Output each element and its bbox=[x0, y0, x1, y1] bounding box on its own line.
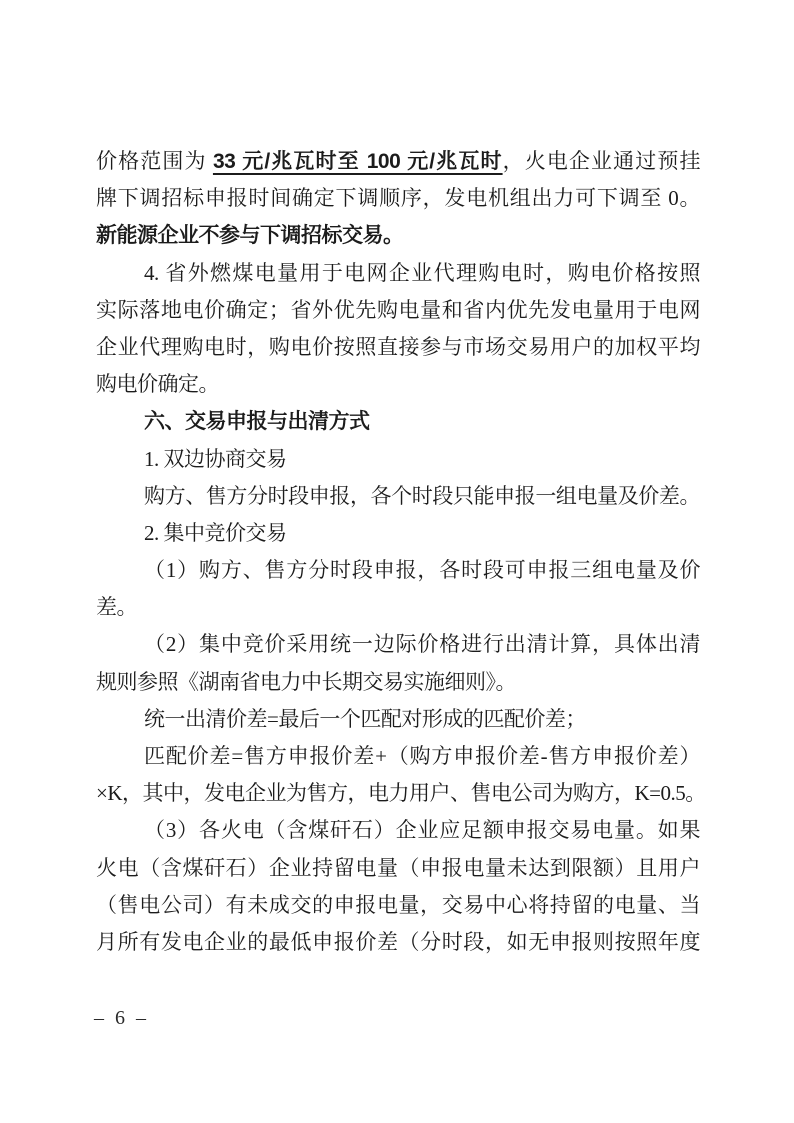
body-text: 规则参照《湖南省电力中长期交易实施细则》。 bbox=[96, 670, 516, 694]
body-text: 牌下调招标申报时间确定下调顺序，发电机组出力可下调至 0。 bbox=[96, 186, 700, 210]
text-line: （1）购方、售方分时段申报，各时段可申报三组电量及价 bbox=[96, 552, 700, 589]
document-body: 价格范围为 33 元/兆瓦时至 100 元/兆瓦时，火电企业通过预挂牌下调招标申… bbox=[96, 143, 700, 961]
text-line: 价格范围为 33 元/兆瓦时至 100 元/兆瓦时，火电企业通过预挂 bbox=[96, 143, 700, 180]
text-line: 匹配价差=售方申报价差+（购方申报价差-售方申报价差） bbox=[96, 738, 700, 775]
text-line: 购电价确定。 bbox=[96, 366, 700, 403]
body-text: 月所有发电企业的最低申报价差（分时段，如无申报则按照年度 bbox=[96, 930, 700, 954]
text-line: （2）集中竞价采用统一边际价格进行出清计算，具体出清 bbox=[96, 626, 700, 663]
body-text: 4. 省外燃煤电量用于电网企业代理购电时，购电价格按照 bbox=[144, 261, 700, 285]
text-line: 新能源企业不参与下调招标交易。 bbox=[96, 217, 700, 254]
body-text: （1）购方、售方分时段申报，各时段可申报三组电量及价 bbox=[144, 558, 700, 582]
body-text: （售电公司）有未成交的申报电量，交易中心将持留的电量、当 bbox=[96, 893, 700, 917]
text-line: 1. 双边协商交易 bbox=[96, 441, 700, 478]
body-text: ，火电企业通过预挂 bbox=[503, 149, 700, 173]
body-text: 实际落地电价确定；省外优先购电量和省内优先发电量用于电网 bbox=[96, 298, 700, 322]
body-text: 火电（含煤矸石）企业持留电量（申报电量未达到限额）且用户 bbox=[96, 856, 700, 880]
body-text: 匹配价差=售方申报价差+（购方申报价差-售方申报价差） bbox=[144, 744, 700, 768]
body-text: （3）各火电（含煤矸石）企业应足额申报交易电量。如果 bbox=[144, 818, 700, 842]
text-line: 企业代理购电时，购电价按照直接参与市场交易用户的加权平均 bbox=[96, 329, 700, 366]
text-line: ×K，其中，发电企业为售方，电力用户、售电公司为购方，K=0.5。 bbox=[96, 775, 700, 812]
emphasis-text: 33 元/兆瓦时至 100 元/兆瓦时 bbox=[213, 150, 503, 173]
text-line: 差。 bbox=[96, 589, 700, 626]
body-text: 企业代理购电时，购电价按照直接参与市场交易用户的加权平均 bbox=[96, 335, 700, 359]
emphasis-text: 新能源企业不参与下调招标交易。 bbox=[96, 224, 404, 247]
text-line: （售电公司）有未成交的申报电量，交易中心将持留的电量、当 bbox=[96, 887, 700, 924]
body-text: 1. 双边协商交易 bbox=[144, 447, 287, 471]
text-line: 2. 集中竞价交易 bbox=[96, 515, 700, 552]
body-text: 差。 bbox=[96, 595, 137, 619]
text-line: 月所有发电企业的最低申报价差（分时段，如无申报则按照年度 bbox=[96, 924, 700, 961]
text-line: 规则参照《湖南省电力中长期交易实施细则》。 bbox=[96, 664, 700, 701]
text-line: 牌下调招标申报时间确定下调顺序，发电机组出力可下调至 0。 bbox=[96, 180, 700, 217]
body-text: （2）集中竞价采用统一边际价格进行出清计算，具体出清 bbox=[144, 632, 700, 656]
body-text: 购方、售方分时段申报，各个时段只能申报一组电量及价差。 bbox=[144, 484, 700, 508]
document-page: 价格范围为 33 元/兆瓦时至 100 元/兆瓦时，火电企业通过预挂牌下调招标申… bbox=[0, 0, 794, 1123]
body-text: 2. 集中竞价交易 bbox=[144, 521, 287, 545]
body-text: 购电价确定。 bbox=[96, 372, 219, 396]
text-line: 实际落地电价确定；省外优先购电量和省内优先发电量用于电网 bbox=[96, 292, 700, 329]
page-number: – 6 – bbox=[94, 1004, 149, 1032]
body-text: 统一出清价差=最后一个匹配对形成的匹配价差； bbox=[144, 707, 586, 731]
body-text: ×K，其中，发电企业为售方，电力用户、售电公司为购方，K=0.5。 bbox=[96, 781, 706, 805]
body-text: 价格范围为 bbox=[96, 149, 213, 173]
text-line: 购方、售方分时段申报，各个时段只能申报一组电量及价差。 bbox=[96, 478, 700, 515]
text-line: 六、交易申报与出清方式 bbox=[96, 403, 700, 440]
text-line: 火电（含煤矸石）企业持留电量（申报电量未达到限额）且用户 bbox=[96, 850, 700, 887]
text-line: （3）各火电（含煤矸石）企业应足额申报交易电量。如果 bbox=[96, 812, 700, 849]
text-line: 4. 省外燃煤电量用于电网企业代理购电时，购电价格按照 bbox=[96, 255, 700, 292]
text-line: 统一出清价差=最后一个匹配对形成的匹配价差； bbox=[96, 701, 700, 738]
emphasis-text: 六、交易申报与出清方式 bbox=[144, 410, 370, 433]
